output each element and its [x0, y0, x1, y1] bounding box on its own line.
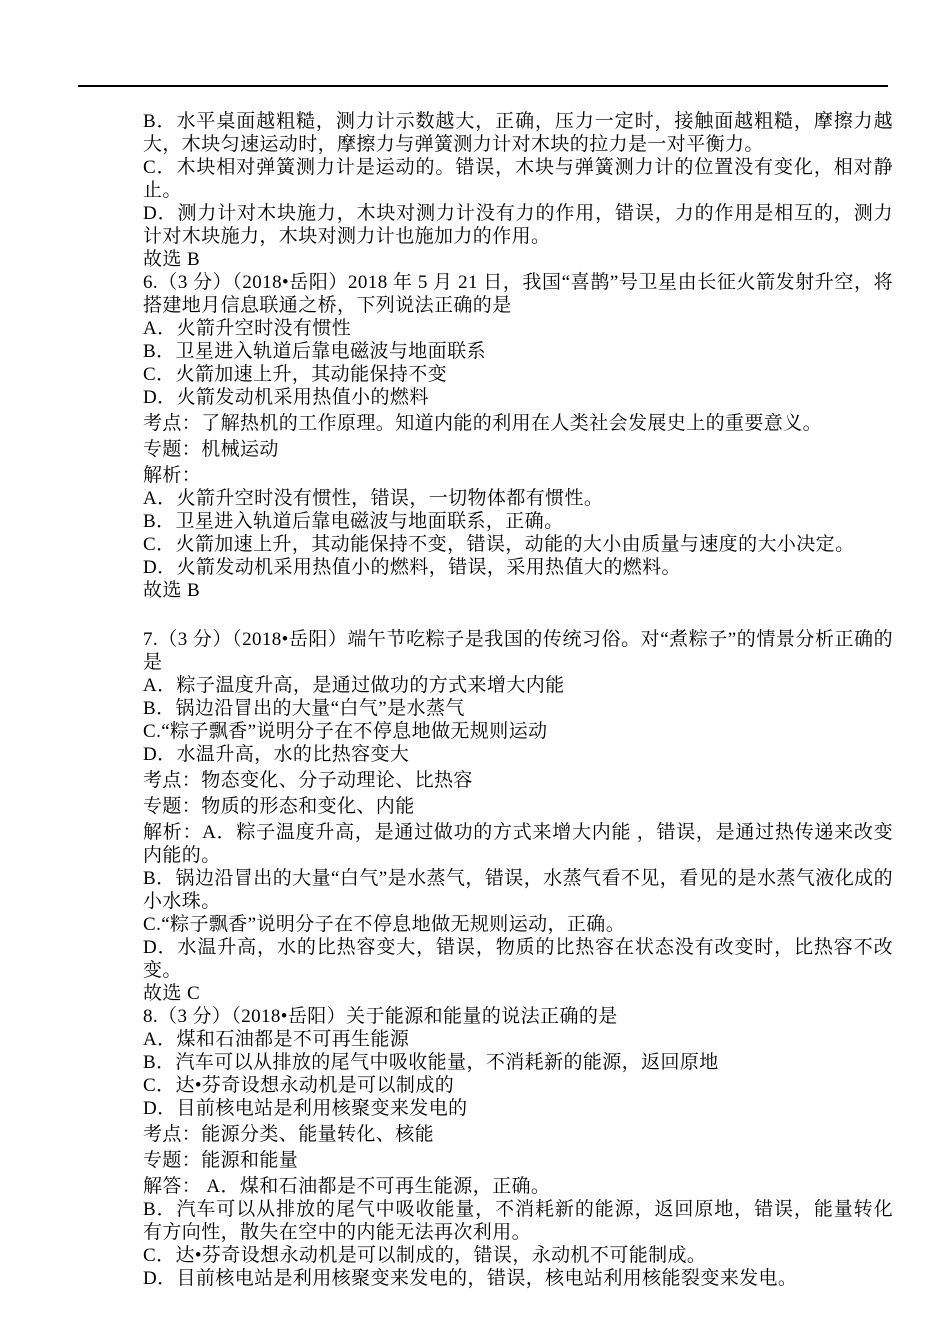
q6-analysis-label: 解析：: [143, 464, 893, 487]
q5-analysis-option-b: B．水平桌面越粗糙，测力计示数越大，正确，压力一定时，接触面越粗糙，摩擦力越大，…: [143, 110, 893, 156]
q7-answer: 故选 C: [143, 982, 893, 1005]
q6-option-a: A．火箭升空时没有惯性: [143, 317, 893, 340]
q7-option-c: C.“粽子飘香”说明分子在不停息地做无规则运动: [143, 720, 893, 743]
q6-option-c: C．火箭加速上升，其动能保持不变: [143, 363, 893, 386]
q6-theme-line: 专题：机械运动: [143, 438, 893, 461]
q7-analysis-option-d: D．水温升高，水的比热容变大，错误，物质的比热容在状态没有改变时，比热容不改变。: [143, 936, 893, 982]
q6-analysis-option-a: A．火箭升空时没有惯性，错误，一切物体都有惯性。: [143, 487, 893, 510]
q7-option-a: A．粽子温度升高，是通过做功的方式来增大内能: [143, 674, 893, 697]
q7-stem: 7.（3 分）（2018•岳阳）端午节吃粽子是我国的传统习俗。对“煮粽子”的情景…: [143, 628, 893, 674]
exam-answer-page: B．水平桌面越粗糙，测力计示数越大，正确，压力一定时，接触面越粗糙，摩擦力越大，…: [0, 0, 950, 1344]
q6-answer: 故选 B: [143, 579, 893, 602]
q5-analysis-option-d: D．测力计对木块施力，木块对测力计没有力的作用，错误，力的作用是相互的，测力计对…: [143, 202, 893, 248]
q7-theme-line: 专题：物质的形态和变化、内能: [143, 795, 893, 818]
blank-line: [143, 602, 893, 628]
q6-option-b: B．卫星进入轨道后靠电磁波与地面联系: [143, 340, 893, 363]
q8-topic-line: 考点：能源分类、能量转化、核能: [143, 1123, 893, 1146]
q8-analysis-option-a: 解答： A．煤和石油都是不可再生能源，正确。: [143, 1175, 893, 1198]
q6-option-d: D．火箭发动机采用热值小的燃料: [143, 386, 893, 409]
q6-topic-line: 考点：了解热机的工作原理。知道内能的利用在人类社会发展史上的重要意义。: [143, 412, 893, 435]
q8-option-b: B．汽车可以从排放的尾气中吸收能量，不消耗新的能源，返回原地: [143, 1051, 893, 1074]
q8-option-a: A．煤和石油都是不可再生能源: [143, 1028, 893, 1051]
q7-analysis-option-c: C.“粽子飘香”说明分子在不停息地做无规则运动，正确。: [143, 913, 893, 936]
q8-theme-line: 专题：能源和能量: [143, 1149, 893, 1172]
header-rule: [78, 85, 888, 87]
q5-analysis-option-c: C．木块相对弹簧测力计是运动的。错误，木块与弹簧测力计的位置没有变化，相对静止。: [143, 156, 893, 202]
q7-option-b: B．锅边沿冒出的大量“白气”是水蒸气: [143, 697, 893, 720]
q6-analysis-option-d: D．火箭发动机采用热值小的燃料，错误，采用热值大的燃料。: [143, 556, 893, 579]
q8-option-c: C．达•芬奇设想永动机是可以制成的: [143, 1074, 893, 1097]
q8-analysis-option-b: B．汽车可以从排放的尾气中吸收能量，不消耗新的能源，返回原地，错误，能量转化有方…: [143, 1198, 893, 1244]
q6-analysis-option-c: C．火箭加速上升，其动能保持不变，错误，动能的大小由质量与速度的大小决定。: [143, 533, 893, 556]
q5-answer: 故选 B: [143, 248, 893, 271]
q7-analysis-option-b: B．锅边沿冒出的大量“白气”是水蒸气，错误，水蒸气看不见，看见的是水蒸气液化成的…: [143, 867, 893, 913]
q7-analysis-option-a: 解析：A．粽子温度升高，是通过做功的方式来增大内能 ，错误，是通过热传递来改变内…: [143, 821, 893, 867]
q6-analysis-option-b: B．卫星进入轨道后靠电磁波与地面联系，正确。: [143, 510, 893, 533]
q8-analysis-option-c: C．达•芬奇设想永动机是可以制成的，错误，永动机不可能制成。: [143, 1244, 893, 1267]
q7-topic-line: 考点：物态变化、分子动理论、比热容: [143, 769, 893, 792]
q8-analysis-option-d: D．目前核电站是利用核聚变来发电的，错误，核电站利用核能裂变来发电。: [143, 1267, 893, 1290]
q8-option-d: D．目前核电站是利用核聚变来发电的: [143, 1097, 893, 1120]
document-content: B．水平桌面越粗糙，测力计示数越大，正确，压力一定时，接触面越粗糙，摩擦力越大，…: [143, 110, 893, 1290]
q8-stem: 8.（3 分）（2018•岳阳）关于能源和能量的说法正确的是: [143, 1005, 893, 1028]
q6-stem: 6.（3 分）（2018•岳阳）2018 年 5 月 21 日，我国“喜鹊”号卫…: [143, 271, 893, 317]
q7-option-d: D．水温升高，水的比热容变大: [143, 743, 893, 766]
